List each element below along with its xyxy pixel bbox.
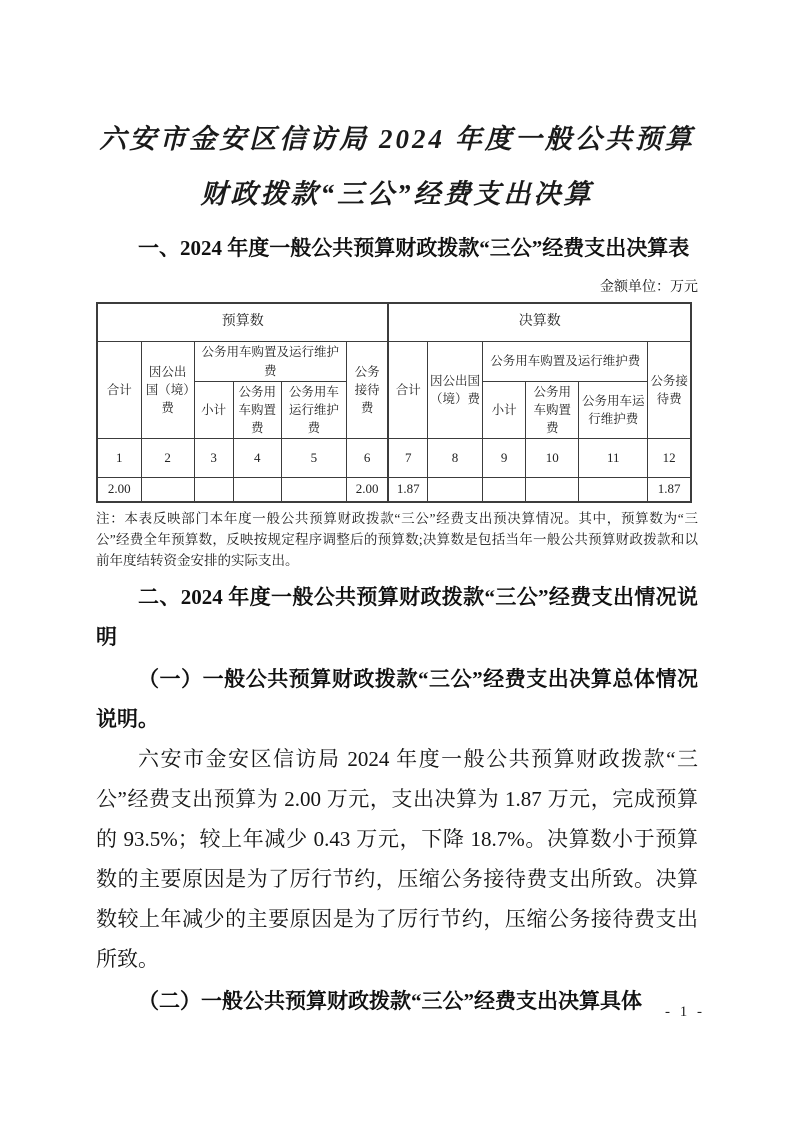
col-number-1: 1 (97, 439, 141, 478)
col-number-5: 5 (281, 439, 346, 478)
section2-sub1-paragraph: 六安市金安区信访局 2024 年度一般公共预算财政拨款“三公”经费支出预算为 2… (96, 739, 698, 979)
col-number-12: 12 (648, 439, 691, 478)
header-budget-total: 合计 (97, 342, 141, 439)
document-title-line1: 六安市金安区信访局 2024 年度一般公共预算 (96, 112, 698, 167)
header-final-purchase: 公务用车购置费 (526, 382, 579, 439)
header-final-abroad: 因公出国（境）费 (428, 342, 483, 439)
document-content: 六安市金安区信访局 2024 年度一般公共预算 财政拨款“三公”经费支出决算 一… (0, 0, 793, 1021)
section2-heading: 二、2024 年度一般公共预算财政拨款“三公”经费支出情况说明 (96, 577, 698, 657)
three-public-expense-table: 预算数 决算数 合计 因公出国（境）费 公务用车购置及运行维护费 公务接待费 合… (96, 302, 692, 503)
header-budget-maintenance: 公务用车运行维护费 (281, 382, 346, 439)
col-number-11: 11 (579, 439, 648, 478)
col-number-10: 10 (526, 439, 579, 478)
value-budget-subtotal (194, 478, 233, 503)
value-budget-abroad (141, 478, 194, 503)
header-budget-subtotal: 小计 (194, 382, 233, 439)
value-final-reception: 1.87 (648, 478, 691, 503)
header-final-reception: 公务接待费 (648, 342, 691, 439)
header-final-vehicle-group: 公务用车购置及运行维护费 (483, 342, 648, 382)
section2-sub1-heading: （一）一般公共预算财政拨款“三公”经费支出决算总体情况说明。 (96, 659, 698, 739)
table-note: 注：本表反映部门本年度一般公共预算财政拨款“三公”经费支出预决算情况。其中，预算… (96, 508, 698, 571)
col-number-8: 8 (428, 439, 483, 478)
header-final-total: 合计 (388, 342, 427, 439)
document-title-line2: 财政拨款“三公”经费支出决算 (96, 167, 698, 222)
amount-unit-label: 金额单位：万元 (96, 278, 698, 298)
header-budget-reception: 公务接待费 (346, 342, 388, 439)
header-budget-purchase: 公务用车购置费 (233, 382, 281, 439)
col-number-4: 4 (233, 439, 281, 478)
col-number-3: 3 (194, 439, 233, 478)
value-final-subtotal (483, 478, 526, 503)
document-title: 六安市金安区信访局 2024 年度一般公共预算 财政拨款“三公”经费支出决算 (96, 112, 698, 222)
section2-sub2-heading: （二）一般公共预算财政拨款“三公”经费支出决算具体 (96, 981, 698, 1021)
value-budget-maintenance (281, 478, 346, 503)
value-final-maintenance (579, 478, 648, 503)
page-number: - 1 - (665, 1004, 705, 1021)
section1-heading: 一、2024 年度一般公共预算财政拨款“三公”经费支出决算表 (96, 228, 698, 268)
value-final-abroad (428, 478, 483, 503)
header-budget-abroad: 因公出国（境）费 (141, 342, 194, 439)
value-budget-purchase (233, 478, 281, 503)
header-final-maintenance: 公务用车运行维护费 (579, 382, 648, 439)
value-budget-reception: 2.00 (346, 478, 388, 503)
value-final-purchase (526, 478, 579, 503)
col-number-7: 7 (388, 439, 427, 478)
col-number-9: 9 (483, 439, 526, 478)
col-number-6: 6 (346, 439, 388, 478)
header-budget-vehicle-group: 公务用车购置及运行维护费 (194, 342, 346, 382)
value-budget-total: 2.00 (97, 478, 141, 503)
col-number-2: 2 (141, 439, 194, 478)
document-page: 六安市金安区信访局 2024 年度一般公共预算 财政拨款“三公”经费支出决算 一… (0, 0, 793, 1122)
header-final-subtotal: 小计 (483, 382, 526, 439)
header-final-group: 决算数 (388, 303, 691, 342)
header-budget-group: 预算数 (97, 303, 388, 342)
value-final-total: 1.87 (388, 478, 427, 503)
